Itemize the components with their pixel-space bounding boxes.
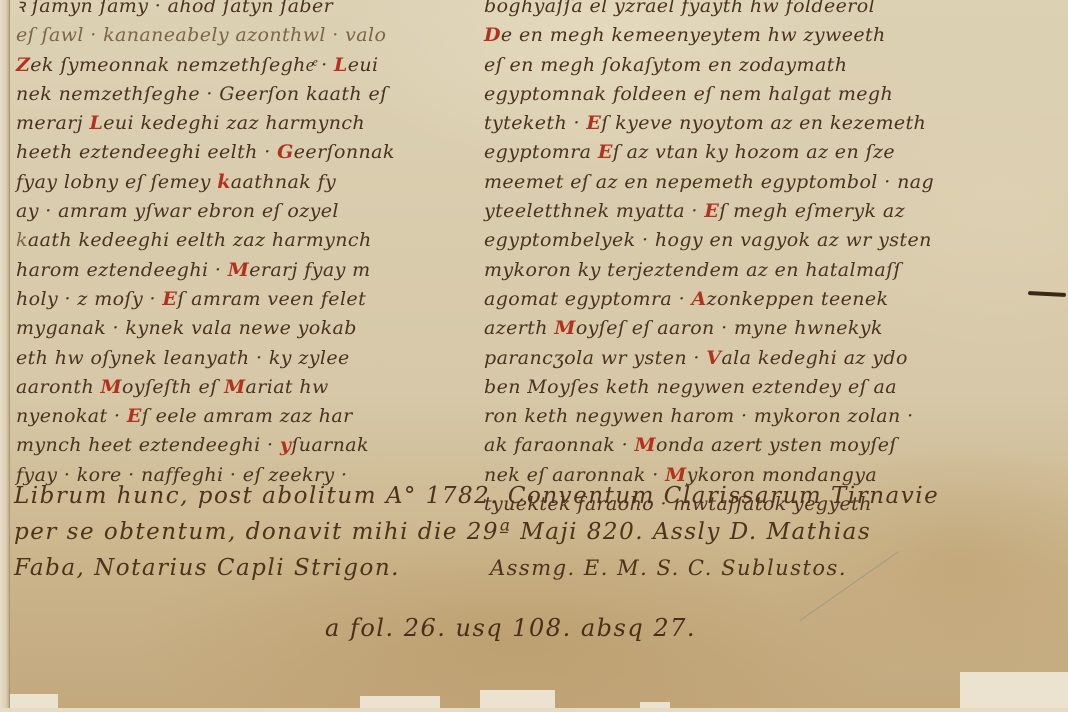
rubricated-initial: E — [598, 141, 613, 163]
manuscript-line: eſ en megh ſokaſytom en zodaymath — [484, 51, 944, 80]
line-text: ron keth negywen harom · mykoron zolan · — [484, 405, 914, 427]
provenance-note: Librum hunc, post abolitum A° 1782. Conv… — [14, 478, 1054, 586]
line-text: nek nemzethſeghe · Geerſon kaath eſ — [16, 83, 388, 105]
line-text: merarj — [16, 112, 89, 134]
line-text: ſ kyeve nyoytom az en kezemeth — [601, 112, 926, 134]
manuscript-line: agomat egyptomra · Azonkeppen teenek — [484, 285, 944, 314]
manuscript-page: ꝛ ſamyn ſamy · ahod ſatyn ſabereſ ſawl ·… — [0, 0, 1068, 712]
line-text: oyſeſ eſ aaron · myne hwnekyk — [576, 317, 883, 339]
manuscript-line: yteeletthnek myatta · Eſ megh eſmeryk az — [484, 197, 944, 226]
line-text: ak faraonnak · — [484, 434, 635, 456]
line-text: egyptomra — [484, 141, 598, 163]
manuscript-line: eth hw oſynek leanyath · ky zylee — [16, 344, 456, 373]
line-text: eui — [348, 54, 379, 76]
page-bottom-edge — [0, 708, 1068, 712]
manuscript-line: eſ ſawl · kananeabely azonthwl · valo — [16, 21, 456, 50]
manuscript-line: meemet eſ az en nepemeth egyptombol · na… — [484, 168, 944, 197]
manuscript-line: heeth eztendeeghi eelth · Geerſonnak — [16, 138, 456, 167]
manuscript-line: ak faraonnak · Monda azert ysten moyſeſ — [484, 431, 944, 460]
line-text: yteeletthnek myatta · — [484, 200, 704, 222]
manuscript-line: kaath kedeeghi eelth zaz harmynch — [16, 226, 456, 255]
manuscript-line: boghyaſſa el yzrael fyayth hw foldeerol — [484, 0, 944, 21]
line-text: ſ amram veen felet — [177, 288, 366, 310]
line-text: nyenokat · — [16, 405, 127, 427]
manuscript-line: nyenokat · Eſ eele amram zaz har — [16, 402, 456, 431]
rubricated-initial: y — [280, 434, 291, 456]
manuscript-line: egyptomnak foldeen eſ nem halgat megh — [484, 80, 944, 109]
line-text: ſ az vtan ky hozom az en ſze — [613, 141, 895, 163]
rubricated-initial: E — [704, 200, 719, 222]
line-text: eth hw oſynek leanyath · ky zylee — [16, 347, 350, 369]
manuscript-line: mynch heet eztendeeghi · yſuarnak — [16, 431, 456, 460]
line-text: onda azert ysten moyſeſ — [656, 434, 897, 456]
rubricated-initial: E — [162, 288, 177, 310]
manuscript-line: harom eztendeeghi · Merarj fyay m — [16, 256, 456, 285]
note-line-1: Librum hunc, post abolitum A° 1782. Conv… — [14, 478, 1054, 514]
rubricated-initial: M — [224, 376, 245, 398]
line-text: boghyaſſa el yzrael fyayth hw foldeerol — [484, 0, 875, 17]
rubricated-initial: M — [101, 376, 122, 398]
line-text: egyptomnak foldeen eſ nem halgat megh — [484, 83, 893, 105]
line-text: eſ ſawl · kananeabely azonthwl · valo — [16, 24, 386, 46]
line-text: aath kedeeghi eelth zaz harmynch — [28, 229, 372, 251]
line-text: ſ megh eſmeryk az — [719, 200, 905, 222]
line-text: aathnak fy — [231, 171, 336, 193]
line-text: meemet eſ az en nepemeth egyptombol · na… — [484, 171, 934, 193]
line-text: zonkeppen teenek — [707, 288, 889, 310]
rubricated-initial: M — [635, 434, 656, 456]
manuscript-line: nek nemzethſeghe · Geerſon kaath eſ — [16, 80, 456, 109]
left-text-column: ꝛ ſamyn ſamy · ahod ſatyn ſabereſ ſawl ·… — [16, 0, 456, 490]
rubricated-initial: L — [89, 112, 103, 134]
rubricated-initial: D — [484, 24, 501, 46]
manuscript-line: ron keth negywen harom · mykoron zolan · — [484, 402, 944, 431]
torn-edge — [960, 672, 1068, 712]
manuscript-line: egyptombelyek · hogy en vagyok az wr yst… — [484, 226, 944, 255]
line-text: ek ſymeonnak nemzethſegheͤ · — [30, 54, 334, 76]
manuscript-line: merarj Leui kedeghi zaz harmynch — [16, 109, 456, 138]
manuscript-line: Zek ſymeonnak nemzethſegheͤ · Leui — [16, 51, 456, 80]
manuscript-line: fyay lobny eſ ſemey kaathnak fy — [16, 168, 456, 197]
rubricated-initial: V — [706, 347, 721, 369]
signature: Assmg. E. M. S. C. Sublustos. — [490, 550, 847, 586]
line-text: agomat egyptomra · — [484, 288, 691, 310]
manuscript-line: ben Moyſes keth negywen eztendey eſ aa — [484, 373, 944, 402]
rubricated-initial: E — [586, 112, 601, 134]
line-text: ay · amram yſwar ebron eſ ozyel — [16, 200, 339, 222]
line-text: azerth — [484, 317, 554, 339]
line-text: aaronth — [16, 376, 101, 398]
manuscript-line: ay · amram yſwar ebron eſ ozyel — [16, 197, 456, 226]
line-text: ariat hw — [246, 376, 329, 398]
line-text: eui kedeghi zaz harmynch — [103, 112, 365, 134]
line-text: eerſonnak — [294, 141, 395, 163]
line-text: ꝛ ſamyn ſamy · ahod ſatyn ſaber — [16, 0, 333, 17]
margin-ink-mark — [1028, 291, 1066, 297]
line-text: ſ eele amram zaz har — [142, 405, 353, 427]
line-text: ſuarnak — [291, 434, 369, 456]
note-line-2: per se obtentum, donavit mihi die 29ª Ma… — [14, 514, 1054, 550]
note-line-3-text: Faba, Notarius Capli Strigon. — [14, 550, 400, 586]
manuscript-line: ꝛ ſamyn ſamy · ahod ſatyn ſaber — [16, 0, 456, 21]
note-line-3: Faba, Notarius Capli Strigon. Assmg. E. … — [14, 550, 1054, 586]
manuscript-line: mykoron ky terjeztendem az en hatalmaſſ — [484, 256, 944, 285]
manuscript-line: De en megh kemeenyeytem hw zyweeth — [484, 21, 944, 50]
binding-edge — [0, 0, 10, 712]
line-text: harom eztendeeghi · — [16, 259, 228, 281]
line-text: mykoron ky terjeztendem az en hatalmaſſ — [484, 259, 901, 281]
manuscript-line: holy · z moſy · Eſ amram veen felet — [16, 285, 456, 314]
manuscript-line: egyptomra Eſ az vtan ky hozom az en ſze — [484, 138, 944, 167]
line-text: egyptombelyek · hogy en vagyok az wr yst… — [484, 229, 932, 251]
folio-reference: a fol. 26. usq 108. absq 27. — [325, 614, 696, 642]
rubricated-initial: M — [228, 259, 249, 281]
line-text: eſ en megh ſokaſytom en zodaymath — [484, 54, 847, 76]
rubricated-initial: E — [127, 405, 142, 427]
line-text: e en megh kemeenyeytem hw zyweeth — [501, 24, 886, 46]
line-text: parancʒola wr ysten · — [484, 347, 706, 369]
line-text: mynch heet eztendeeghi · — [16, 434, 280, 456]
line-text: heeth eztendeeghi eelth · — [16, 141, 277, 163]
rubricated-initial: A — [691, 288, 706, 310]
rubricated-initial: M — [554, 317, 575, 339]
manuscript-line: myganak · kynek vala newe yokab — [16, 314, 456, 343]
manuscript-line: aaronth Moyſeſth eſ Mariat hw — [16, 373, 456, 402]
line-text: tyteketh · — [484, 112, 586, 134]
manuscript-line: tyteketh · Eſ kyeve nyoytom az en kezeme… — [484, 109, 944, 138]
line-text: oyſeſth eſ — [122, 376, 224, 398]
rubricated-initial: G — [277, 141, 294, 163]
rubricated-initial: k — [217, 171, 231, 193]
line-text: fyay lobny eſ ſemey — [16, 171, 217, 193]
line-text: myganak · kynek vala newe yokab — [16, 317, 357, 339]
manuscript-line: azerth Moyſeſ eſ aaron · myne hwnekyk — [484, 314, 944, 343]
line-text: erarj fyay m — [249, 259, 370, 281]
manuscript-line: parancʒola wr ysten · Vala kedeghi az yd… — [484, 344, 944, 373]
rubricated-initial: L — [334, 54, 348, 76]
line-text: ala kedeghi az ydo — [721, 347, 907, 369]
line-text: holy · z moſy · — [16, 288, 162, 310]
right-text-column: boghyaſſa el yzrael fyayth hw foldeerolD… — [484, 0, 944, 519]
rubricated-initial: Z — [16, 54, 30, 76]
line-text: k — [16, 229, 28, 251]
line-text: ben Moyſes keth negywen eztendey eſ aa — [484, 376, 897, 398]
